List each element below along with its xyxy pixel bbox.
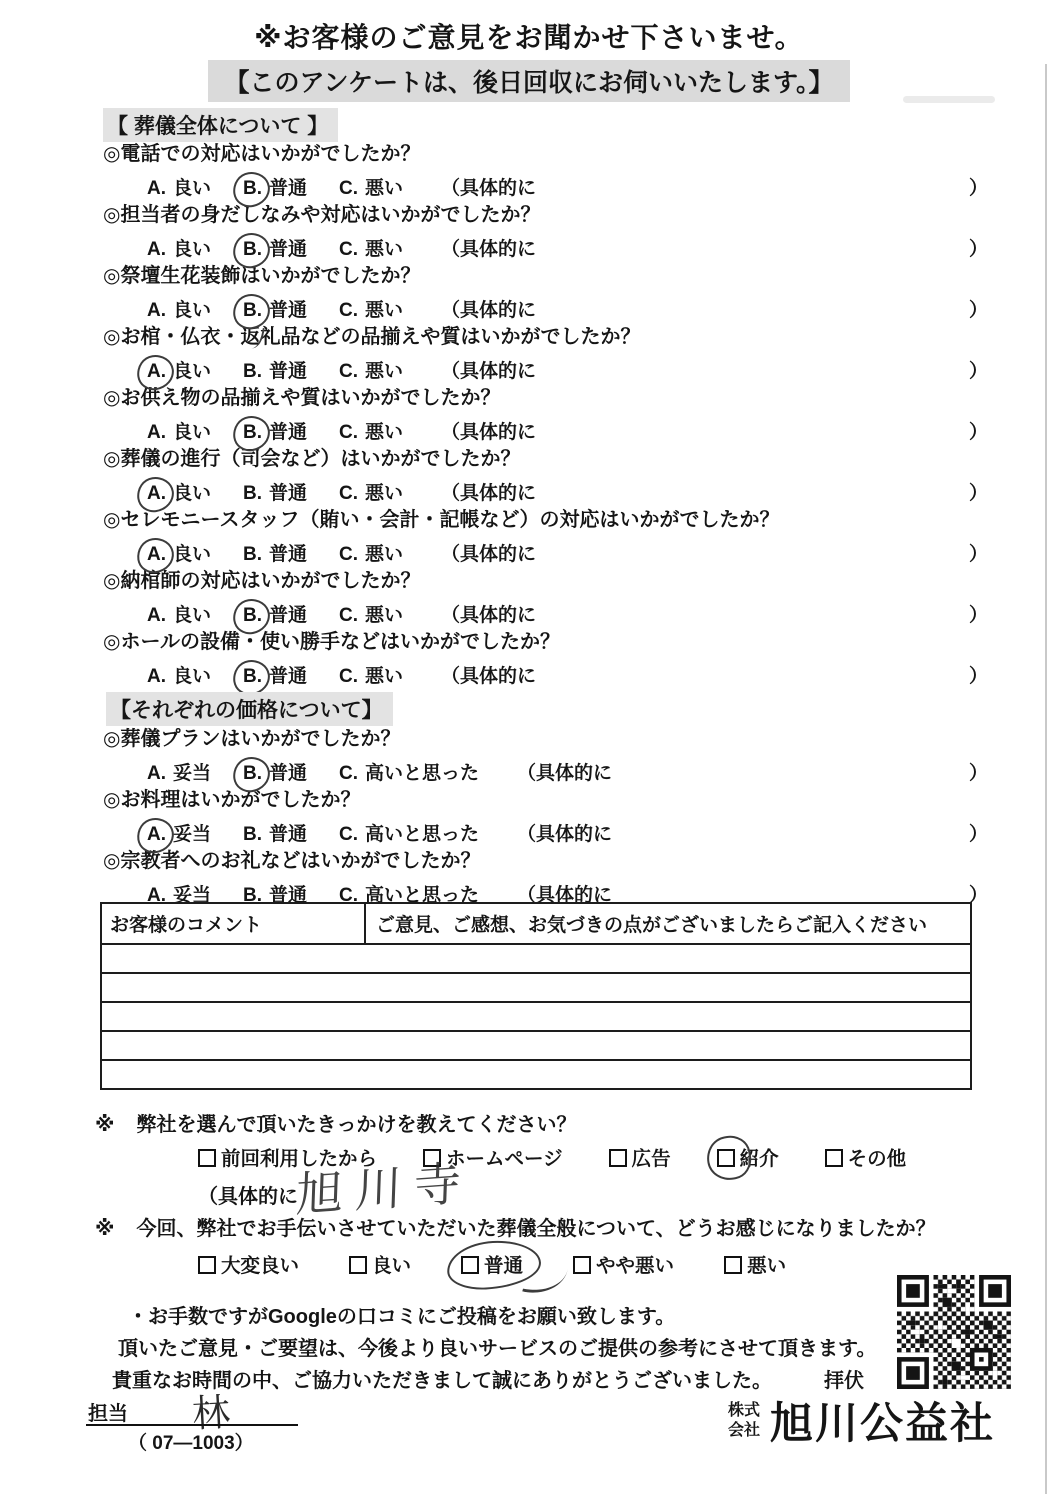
specific-label: （具体的に xyxy=(517,819,612,846)
specific-label: （具体的に xyxy=(441,356,536,383)
option-c[interactable]: C.高いと思った xyxy=(337,758,479,785)
checkbox-icon xyxy=(825,1149,843,1167)
overall-option-somewhat-bad[interactable]: やや悪い xyxy=(573,1250,674,1278)
checkbox-icon xyxy=(198,1256,216,1274)
close-paren: ） xyxy=(969,661,988,688)
scan-edge-line xyxy=(1045,64,1047,1494)
question-text: ◎納棺師の対応はいかがでしたか？ xyxy=(103,568,988,595)
specific-label: （具体的に xyxy=(441,234,536,261)
reason-option-referral[interactable]: 紹介 xyxy=(717,1143,779,1171)
question-text: ◎ホールの設備・使い勝手などはいかがでしたか？ xyxy=(103,629,988,656)
asterisk-marker: ※ xyxy=(95,1114,114,1136)
option-b[interactable]: B.普通 xyxy=(241,356,307,383)
question-food: ◎お料理はいかがでしたか？ A.妥当 B.普通 C.高いと思った （具体的に） xyxy=(103,787,988,845)
checkbox-icon xyxy=(461,1256,479,1274)
reason-question: ※弊社を選んで頂いたきっかけを教えてください？ xyxy=(95,1108,576,1137)
reason-option-other[interactable]: その他 xyxy=(825,1143,907,1171)
comment-row[interactable] xyxy=(102,1003,970,1032)
question-text: ◎セレモニースタッフ（賄い・会計・記帳など）の対応はいかがでしたか？ xyxy=(103,507,988,534)
question-altar-flowers: ◎祭壇生花装飾はいかがでしたか？ A.良い B.普通 C.悪い （具体的に） xyxy=(103,263,988,321)
question-ceremony-staff: ◎セレモニースタッフ（賄い・会計・記帳など）の対応はいかがでしたか？ A.良い … xyxy=(103,507,988,565)
question-ceremony-progress: ◎葬儀の進行（司会など）はいかがでしたか？ A.良い B.普通 C.悪い （具体… xyxy=(103,446,988,504)
qr-code xyxy=(897,1275,1011,1389)
specific-label: （具体的に xyxy=(441,295,536,322)
option-a[interactable]: A.妥当 xyxy=(145,819,211,846)
close-paren: ） xyxy=(969,819,988,846)
close-paren: ） xyxy=(969,173,988,200)
scan-smudge xyxy=(903,96,995,103)
option-a[interactable]: A.良い xyxy=(145,417,211,444)
option-a[interactable]: A.良い xyxy=(145,478,211,505)
option-c[interactable]: C.悪い xyxy=(337,295,403,322)
option-a[interactable]: A.良い xyxy=(145,356,211,383)
comment-row[interactable] xyxy=(102,974,970,1003)
option-b[interactable]: B.普通 xyxy=(241,173,307,200)
overall-option-very-good[interactable]: 大変良い xyxy=(198,1250,299,1278)
staff-label: 担当 xyxy=(88,1397,128,1426)
question-text: ◎祭壇生花装飾はいかがでしたか？ xyxy=(103,263,988,290)
specific-label: （具体的に xyxy=(441,539,536,566)
question-clergy-honorarium: ◎宗教者へのお礼などはいかがでしたか？ A.妥当 B.普通 C.高いと思った （… xyxy=(103,848,988,906)
company-prefix: 株式 会社 xyxy=(728,1401,760,1439)
checkbox-icon xyxy=(717,1149,735,1167)
comment-table-header: お客様のコメント ご意見、ご感想、お気づきの点がございましたらご記入ください xyxy=(102,904,970,945)
specific-label: （具体的に xyxy=(517,758,612,785)
specific-label: （具体的に xyxy=(441,661,536,688)
checkbox-icon xyxy=(724,1256,742,1274)
section-header-funeral-overall: 【 葬儀全体について 】 xyxy=(103,108,338,142)
overall-option-good[interactable]: 良い xyxy=(349,1250,411,1278)
question-text: ◎宗教者へのお礼などはいかがでしたか？ xyxy=(103,848,988,875)
option-c[interactable]: C.悪い xyxy=(337,173,403,200)
question-list-1: ◎電話での対応はいかがでしたか？ A.良い B.普通 C.悪い （具体的に） ◎… xyxy=(103,141,988,690)
option-a[interactable]: A.良い xyxy=(145,600,211,627)
overall-question: ※今回、弊社でお手伝いさせていただいた葬儀全般について、どうお感じになりましたか… xyxy=(95,1212,936,1241)
specific-label: （具体的に xyxy=(441,173,536,200)
page-title: ※お客様のご意見をお聞かせ下さいませ。 xyxy=(0,16,1058,56)
option-b[interactable]: B.普通 xyxy=(241,295,307,322)
option-c[interactable]: C.悪い xyxy=(337,417,403,444)
option-c[interactable]: C.悪い xyxy=(337,234,403,261)
overall-option-bad[interactable]: 悪い xyxy=(724,1250,786,1278)
question-offerings: ◎お供え物の品揃えや質はいかがでしたか？ A.良い B.普通 C.悪い （具体的… xyxy=(103,385,988,443)
page-subtitle: 【このアンケートは、後日回収にお伺いいたします。】 xyxy=(0,60,1058,102)
feedback-use-note: 頂いたご意見・ご要望は、今後より良いサービスのご提供の参考にさせて頂きます。 xyxy=(118,1332,876,1361)
option-a[interactable]: A.妥当 xyxy=(145,758,211,785)
specific-label: （具体的に xyxy=(441,417,536,444)
comment-table: お客様のコメント ご意見、ご感想、お気づきの点がございましたらご記入ください xyxy=(100,902,972,1090)
comment-row[interactable] xyxy=(102,1032,970,1061)
overall-options: 大変良い 良い 普通 やや悪い 悪い xyxy=(198,1250,786,1278)
option-c[interactable]: C.悪い xyxy=(337,539,403,566)
question-hall-facilities: ◎ホールの設備・使い勝手などはいかがでしたか？ A.良い B.普通 C.悪い （… xyxy=(103,629,988,687)
option-a[interactable]: A.良い xyxy=(145,661,211,688)
reason-option-advertisement[interactable]: 広告 xyxy=(609,1143,671,1171)
section-header-prices: 【それぞれの価格について】 xyxy=(106,692,393,726)
question-text: ◎葬儀プランはいかがでしたか？ xyxy=(103,726,988,753)
comment-table-col2: ご意見、ご感想、お気づきの点がございましたらご記入ください xyxy=(366,904,970,943)
overall-option-average[interactable]: 普通 xyxy=(461,1250,523,1278)
checkbox-icon xyxy=(573,1256,591,1274)
reason-specific-label: （具体的に xyxy=(198,1180,298,1209)
question-staff-appearance: ◎担当者の身だしなみや対応はいかがでしたか？ A.良い B.普通 C.悪い （具… xyxy=(103,202,988,260)
question-text: ◎お供え物の品揃えや質はいかがでしたか？ xyxy=(103,385,988,412)
checkbox-icon xyxy=(198,1149,216,1167)
question-text: ◎電話での対応はいかがでしたか？ xyxy=(103,141,988,168)
option-b[interactable]: B.普通 xyxy=(241,758,307,785)
comment-row[interactable] xyxy=(102,1061,970,1088)
staff-code: （ 07—1003） xyxy=(128,1428,254,1455)
question-text: ◎葬儀の進行（司会など）はいかがでしたか？ xyxy=(103,446,988,473)
close-paren: ） xyxy=(969,539,988,566)
option-a[interactable]: A.良い xyxy=(145,539,211,566)
question-text: ◎担当者の身だしなみや対応はいかがでしたか？ xyxy=(103,202,988,229)
question-funeral-plan: ◎葬儀プランはいかがでしたか？ A.妥当 B.普通 C.高いと思った （具体的に… xyxy=(103,726,988,784)
option-c[interactable]: C.悪い xyxy=(337,356,403,383)
option-b[interactable]: B.普通 xyxy=(241,234,307,261)
close-paren: ） xyxy=(969,295,988,322)
specific-label: （具体的に xyxy=(441,478,536,505)
close-paren: ） xyxy=(969,600,988,627)
comment-table-col1: お客様のコメント xyxy=(102,904,366,943)
option-c[interactable]: C.悪い xyxy=(337,600,403,627)
option-a[interactable]: A.良い xyxy=(145,295,211,322)
google-review-note: ・お手数ですがGoogleの口コミにご投稿をお願い致します。 xyxy=(128,1300,675,1329)
close-paren: ） xyxy=(969,356,988,383)
company-name: 旭川公益社 xyxy=(770,1390,995,1451)
comment-row[interactable] xyxy=(102,945,970,974)
close-paren: ） xyxy=(969,758,988,785)
close-paren: ） xyxy=(969,234,988,261)
option-b[interactable]: B.普通 xyxy=(241,819,307,846)
option-a[interactable]: A.良い xyxy=(145,234,211,261)
close-paren: ） xyxy=(969,417,988,444)
question-phone: ◎電話での対応はいかがでしたか？ A.良い B.普通 C.悪い （具体的に） xyxy=(103,141,988,199)
company-logo: 株式 会社 旭川公益社 xyxy=(728,1390,995,1451)
option-b[interactable]: B.普通 xyxy=(241,661,307,688)
asterisk-marker: ※ xyxy=(95,1218,114,1240)
question-encoffiner: ◎納棺師の対応はいかがでしたか？ A.良い B.普通 C.悪い （具体的に） xyxy=(103,568,988,626)
close-paren: ） xyxy=(969,478,988,505)
option-c[interactable]: C.高いと思った xyxy=(337,819,479,846)
question-coffin-goods: ◎お棺・仏衣・返礼品などの品揃えや質はいかがでしたか？ A.良い B.普通 C.… xyxy=(103,324,988,382)
checkbox-icon xyxy=(609,1149,627,1167)
option-c[interactable]: C.悪い xyxy=(337,478,403,505)
question-text: ◎お棺・仏衣・返礼品などの品揃えや質はいかがでしたか？ xyxy=(103,324,988,351)
staff-signature-line xyxy=(86,1424,298,1426)
option-b[interactable]: B.普通 xyxy=(241,478,307,505)
question-text: ◎お料理はいかがでしたか？ xyxy=(103,787,988,814)
question-list-2: ◎葬儀プランはいかがでしたか？ A.妥当 B.普通 C.高いと思った （具体的に… xyxy=(103,726,988,909)
option-b[interactable]: B.普通 xyxy=(241,417,307,444)
option-a[interactable]: A.良い xyxy=(145,173,211,200)
salutation: 拝伏 xyxy=(824,1370,864,1392)
option-b[interactable]: B.普通 xyxy=(241,539,307,566)
specific-label: （具体的に xyxy=(441,600,536,627)
option-b[interactable]: B.普通 xyxy=(241,600,307,627)
checkbox-icon xyxy=(349,1256,367,1274)
survey-sheet: ※お客様のご意見をお聞かせ下さいませ。 【このアンケートは、後日回収にお伺いいた… xyxy=(0,0,1058,1496)
option-c[interactable]: C.悪い xyxy=(337,661,403,688)
